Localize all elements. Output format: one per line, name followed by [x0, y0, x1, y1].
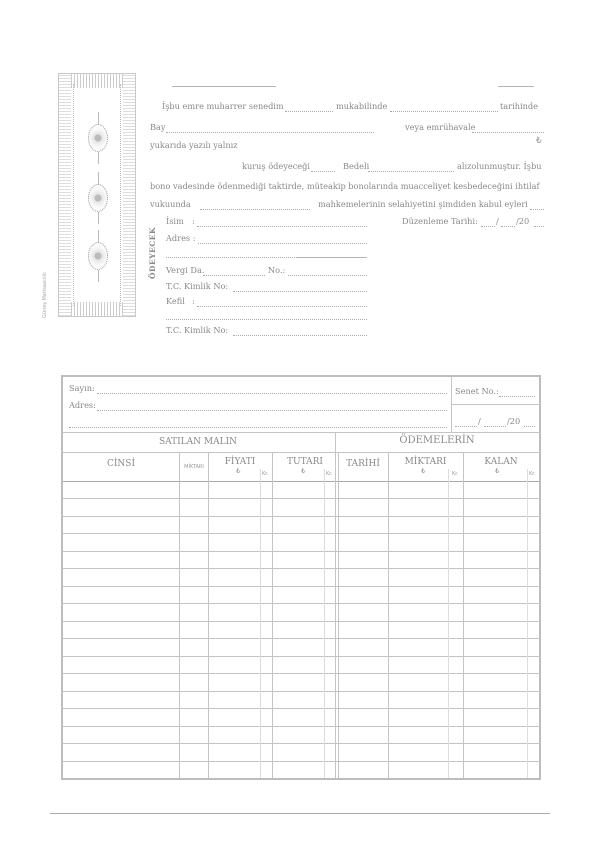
lira-icon: ₺ — [301, 467, 305, 475]
page-bottom-rule — [50, 813, 550, 814]
note-no-label: Senet No.: — [455, 386, 499, 396]
table-row-line — [63, 726, 539, 727]
divider — [179, 452, 180, 778]
text-line3-a: yukarıda yazılı yalnız — [150, 140, 238, 150]
field-payee[interactable] — [166, 124, 374, 133]
text-line5: bono vadesinde ödenmediği taktirde, müte… — [150, 181, 540, 191]
colon: : — [192, 216, 195, 226]
table-row-line — [63, 621, 539, 622]
issue-date-sep: / — [496, 216, 499, 226]
issue-date-day[interactable] — [481, 218, 495, 227]
divider — [527, 469, 528, 778]
medallion-icon — [88, 242, 108, 270]
ledger-date-year: /20 — [507, 416, 520, 426]
guarantor-tc-label: T.C. Kimlik No: — [166, 325, 228, 335]
text-line2-b: veya emrühavale — [405, 122, 476, 132]
ornament-base — [71, 302, 123, 316]
field-due-date[interactable] — [390, 103, 498, 112]
kurus-label: Kr. — [326, 471, 332, 477]
ledger-form: Sayın: Adres: Senet No.: / /20 SATILAN M… — [61, 375, 541, 780]
text-line1-a: İşbu emre muharrer senedim — [162, 101, 284, 111]
header-blank-right[interactable] — [498, 86, 534, 87]
divider — [324, 469, 325, 778]
recipient-field[interactable] — [97, 385, 447, 394]
printer-mark: Güneş Matbaacılık — [42, 256, 54, 318]
guarantor-field[interactable] — [197, 298, 367, 307]
divider — [335, 432, 336, 778]
kurus-label: Kr. — [262, 471, 268, 477]
header-blank-left[interactable] — [172, 86, 276, 87]
table-row-line — [63, 568, 539, 569]
col-paid-header: MİKTARI — [388, 457, 463, 467]
medallion-icon — [88, 184, 108, 212]
text-line6-b: mahkemelerinin selahiyetini şimdiden kab… — [318, 199, 528, 209]
divider — [272, 452, 273, 778]
col-total-header: TUTARI — [272, 457, 338, 467]
lira-icon: ₺ — [421, 467, 425, 475]
divider — [451, 404, 539, 405]
divider — [63, 481, 539, 482]
issue-date-year: /20 — [516, 216, 529, 226]
text-line4-a: kuruş ödeyeceği — [242, 161, 310, 171]
recipient-label: Sayın: — [69, 383, 95, 393]
tc-id-label: T.C. Kimlik No: — [166, 281, 228, 291]
tc-id-field[interactable] — [233, 283, 367, 292]
field-value[interactable] — [368, 163, 454, 172]
divider — [463, 452, 464, 778]
table-row-line — [63, 533, 539, 534]
address-label: Adres : — [166, 233, 195, 243]
col-qty-header: MİKTARI — [180, 464, 208, 470]
divider — [208, 452, 209, 778]
issue-date-year-field[interactable] — [534, 218, 544, 227]
tax-office-label: Vergi Da. — [166, 265, 204, 275]
divider — [338, 452, 339, 778]
divider — [448, 469, 449, 778]
colon: : — [192, 296, 195, 306]
sold-goods-header: SATILAN MALIN — [63, 437, 333, 447]
col-price-header: FİYATI — [208, 457, 272, 467]
lira-icon: ₺ — [495, 467, 499, 475]
guarantor-label: Kefil — [166, 296, 185, 306]
text-line4-c: alızolunmuştur. İşbu — [457, 161, 542, 171]
field-court[interactable] — [200, 201, 310, 210]
guarantor-tc-field[interactable] — [233, 327, 367, 336]
ledger-date-day[interactable] — [455, 418, 477, 427]
name-label: İsim — [166, 216, 184, 226]
ledger-address-field-2[interactable] — [69, 419, 447, 428]
col-balance-header: KALAN — [463, 457, 539, 467]
divider — [63, 452, 539, 453]
kurus-label: Kr. — [452, 471, 458, 477]
address-field[interactable] — [198, 235, 367, 244]
table-row-line — [63, 551, 539, 552]
medallion-icon — [88, 124, 108, 152]
text-line4-b: Bedeli — [343, 161, 369, 171]
payer-section-label: ÖDEYECEK — [148, 218, 160, 288]
divider — [260, 469, 261, 778]
table-row-line — [63, 743, 539, 744]
table-row-line — [63, 761, 539, 762]
table-row-line — [63, 603, 539, 604]
field-kurus[interactable] — [311, 163, 335, 172]
lira-icon: ₺ — [236, 467, 240, 475]
table-row-line — [63, 673, 539, 674]
payments-header: ÖDEMELERİN — [335, 435, 539, 446]
table-row-line — [63, 498, 539, 499]
ledger-address-label: Adres: — [69, 400, 96, 410]
table-row-line — [63, 691, 539, 692]
ledger-date-sep: / — [478, 416, 481, 426]
text-line1-c: tarihinde — [500, 101, 538, 111]
table-row-line — [63, 656, 539, 657]
tax-no-label: No.: — [268, 265, 285, 275]
name-field[interactable] — [197, 218, 367, 227]
field-order[interactable] — [472, 124, 544, 133]
text-line2-a: Bay — [150, 122, 166, 132]
table-row-line — [63, 586, 539, 587]
address-field-2[interactable] — [166, 249, 297, 258]
ornament-inner — [73, 84, 121, 306]
col-date-header: TARİHİ — [338, 459, 388, 469]
tax-office-field[interactable] — [203, 267, 265, 276]
field-note-amount[interactable] — [285, 103, 333, 112]
divider — [63, 432, 539, 433]
field-accept[interactable] — [530, 201, 544, 210]
guarantor-field-2[interactable] — [166, 311, 367, 320]
ledger-address-field[interactable] — [97, 402, 447, 411]
table-row-line — [63, 708, 539, 709]
ledger-date-month[interactable] — [484, 418, 506, 427]
col-type-header: CİNSİ — [63, 459, 179, 469]
text-line6-a: vukuunda — [150, 199, 191, 209]
table-row-line — [63, 516, 539, 517]
issue-date-label: Düzenleme Tarihi: — [402, 216, 478, 226]
issue-date-month[interactable] — [501, 218, 515, 227]
address-field-2-end — [297, 257, 367, 258]
ledger-date-year-field[interactable] — [524, 418, 535, 427]
text-line1-b: mukabilinde — [336, 101, 387, 111]
table-row-line — [63, 638, 539, 639]
divider — [388, 452, 389, 778]
note-no-field[interactable] — [499, 388, 535, 397]
kurus-label: Kr. — [529, 471, 535, 477]
lira-icon: ₺ — [536, 136, 542, 146]
ornamental-border — [58, 73, 136, 317]
tax-no-field[interactable] — [288, 267, 367, 276]
